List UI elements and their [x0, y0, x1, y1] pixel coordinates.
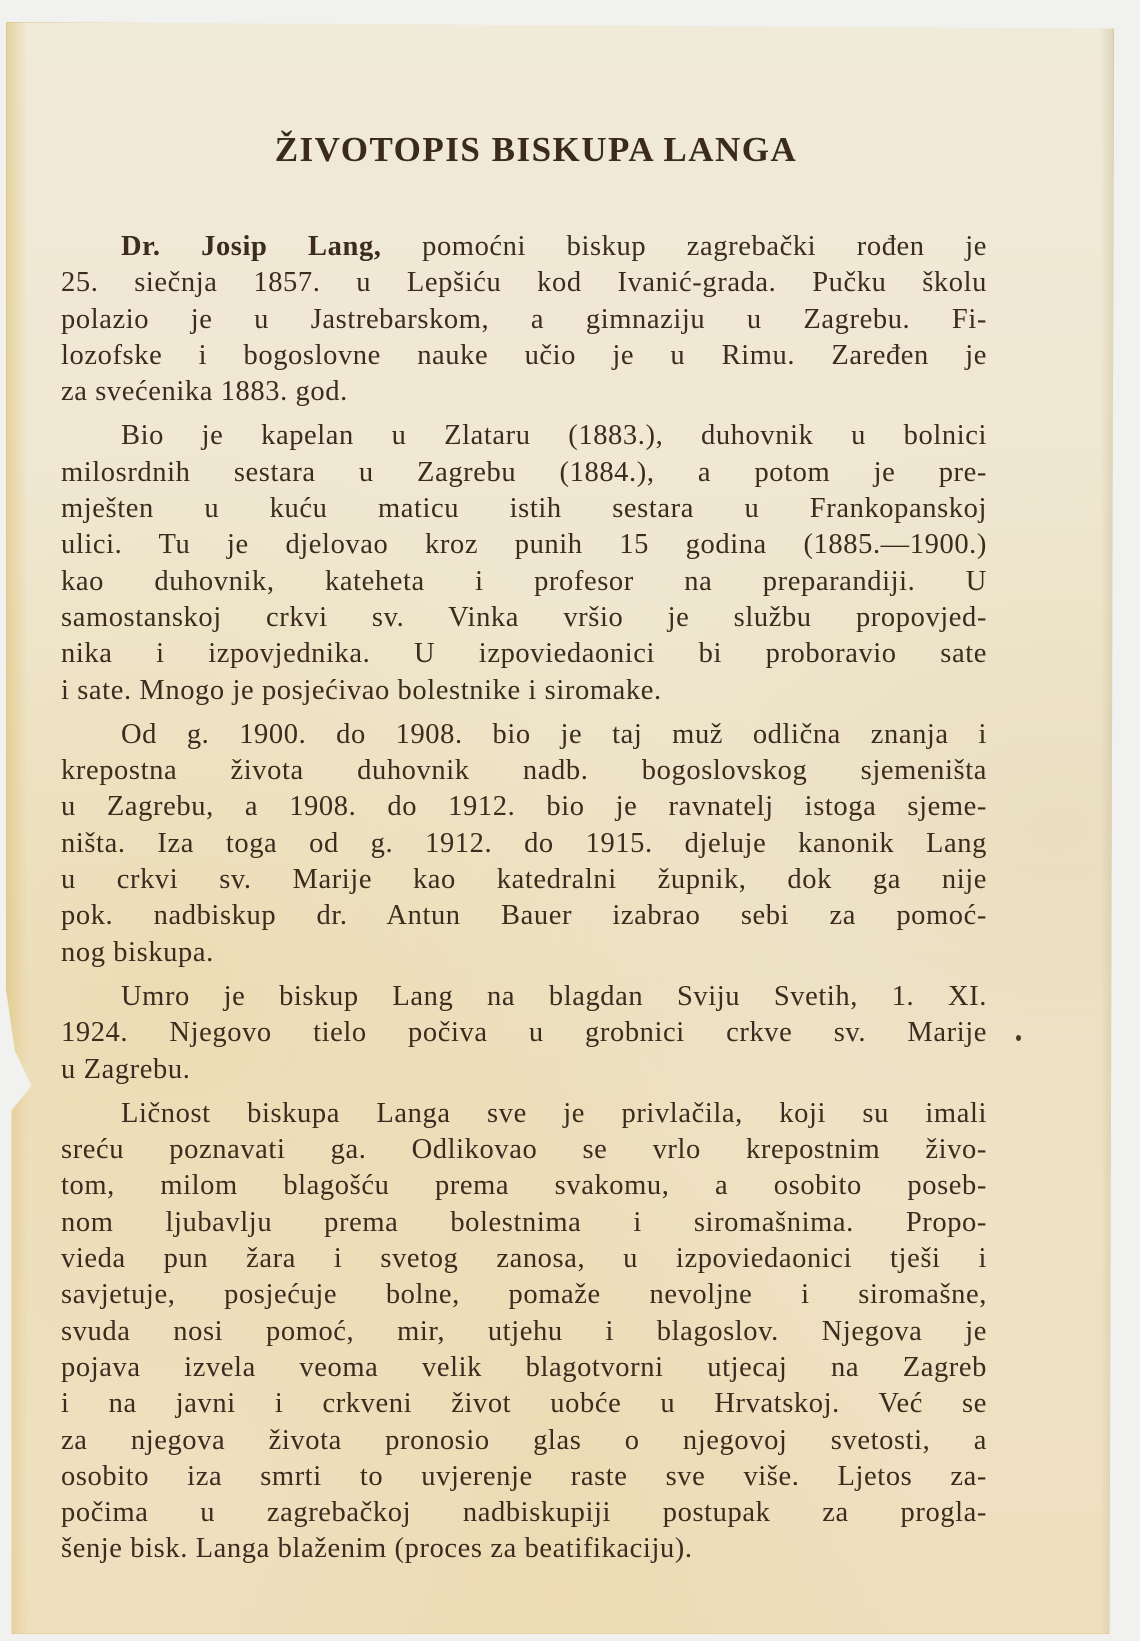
text-line: sreću poznavati ga. Odlikovao se vrlo kr… — [61, 1132, 987, 1168]
text-line: savjetuje, posjećuje bolne, pomaže nevol… — [61, 1277, 987, 1313]
document-title: ŽIVOTOPIS BISKUPA LANGA — [6, 130, 1066, 170]
text-line: nom ljubavlju prema bolestnima i siromaš… — [61, 1205, 987, 1241]
text-line: svuda nosi pomoć, mir, utjehu i blagoslo… — [61, 1314, 987, 1350]
text-line: i sate. Mnogo je posjećivao bolestnike i… — [61, 673, 987, 709]
text-line: ulici. Tu je djelovao kroz punih 15 godi… — [61, 527, 987, 563]
text-line: polazio je u Jastrebarskom, a gimnaziju … — [61, 302, 987, 338]
text-line: milosrdnih sestara u Zagrebu (1884.), a … — [61, 455, 987, 491]
text-line: za svećenika 1883. god. — [61, 374, 987, 410]
text-line: Dr. Josip Lang, pomoćni biskup zagrebačk… — [61, 229, 987, 265]
text-line: Ličnost biskupa Langa sve je privlačila,… — [61, 1096, 987, 1132]
text-line: ništa. Iza toga od g. 1912. do 1915. dje… — [61, 826, 987, 862]
text-line: u Zagrebu, a 1908. do 1912. bio je ravna… — [61, 789, 987, 825]
paragraph-biography-intro: Dr. Josip Lang, pomoćni biskup zagrebačk… — [61, 229, 987, 410]
text-line: osobito iza smrti to uvjerenje raste sve… — [61, 1459, 987, 1495]
text-line: vieda pun žara i svetog zanosa, u izpovi… — [61, 1241, 987, 1277]
text-line: počima u zagrebačkoj nadbiskupiji postup… — [61, 1495, 987, 1531]
text-line: 25. siečnja 1857. u Lepšiću kod Ivanić-g… — [61, 265, 987, 301]
text-line: Bio je kapelan u Zlataru (1883.), duhovn… — [61, 418, 987, 454]
text-line: Od g. 1900. do 1908. bio je taj muž odli… — [61, 717, 987, 753]
text-line: u Zagrebu. — [61, 1052, 987, 1088]
text-line: pok. nadbiskup dr. Antun Bauer izabrao s… — [61, 898, 987, 934]
text-line: 1924. Njegovo tielo počiva u grobnici cr… — [61, 1015, 987, 1051]
text-line: kao duhovnik, kateheta i profesor na pre… — [61, 564, 987, 600]
paragraph-early-ministry: Bio je kapelan u Zlataru (1883.), duhovn… — [61, 418, 987, 708]
text-line: krepostna života duhovnik nadb. bogoslov… — [61, 753, 987, 789]
text-line: nog biskupa. — [61, 935, 987, 971]
text-line: šenje bisk. Langa blaženim (proces za be… — [61, 1531, 987, 1567]
text-line: pojava izvela veoma velik blagotvorni ut… — [61, 1350, 987, 1386]
paragraph-personality-beatification: Ličnost biskupa Langa sve je privlačila,… — [61, 1096, 987, 1568]
text-line: lozofske i bogoslovne nauke učio je u Ri… — [61, 338, 987, 374]
ink-spot — [1016, 1035, 1021, 1041]
text-line: i na javni i crkveni život uobće u Hrvat… — [61, 1386, 987, 1422]
text-line: nika i izpovjednika. U izpoviedaonici bi… — [61, 636, 987, 672]
document-body: Dr. Josip Lang, pomoćni biskup zagrebačk… — [61, 229, 987, 1568]
paper-page: ŽIVOTOPIS BISKUPA LANGA Dr. Josip Lang, … — [6, 22, 1114, 1634]
text-line: mješten u kuću maticu istih sestara u Fr… — [61, 491, 987, 527]
text-line: za njegova života pronosio glas o njegov… — [61, 1423, 987, 1459]
text-line: samostanskoj crkvi sv. Vinka vršio je sl… — [61, 600, 987, 636]
text-line: tom, milom blagošću prema svakomu, a oso… — [61, 1168, 987, 1204]
text-line: Umro je biskup Lang na blagdan Sviju Sve… — [61, 979, 987, 1015]
paragraph-seminary-career: Od g. 1900. do 1908. bio je taj muž odli… — [61, 717, 987, 971]
text-line: u crkvi sv. Marije kao katedralni župnik… — [61, 862, 987, 898]
paragraph-death: Umro je biskup Lang na blagdan Sviju Sve… — [61, 979, 987, 1088]
subject-name: Dr. Josip Lang, — [121, 231, 382, 262]
